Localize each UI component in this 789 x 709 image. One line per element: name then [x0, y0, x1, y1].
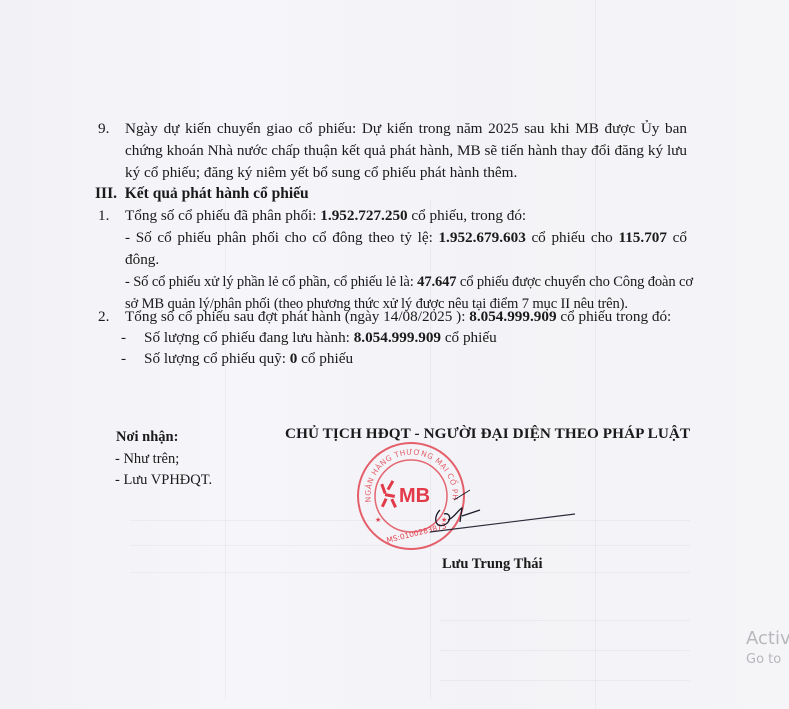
svg-text:★: ★: [375, 516, 381, 524]
item-1-suffix: cổ phiếu, trong đó:: [408, 207, 527, 224]
item-1-text: Tổng số cổ phiếu đã phân phối: 1.952.727…: [125, 205, 526, 227]
item-1-sub-2-line-1: - Số cổ phiếu xử lý phần lẻ cổ phần, cổ …: [125, 271, 693, 293]
bleed-through-line: [440, 680, 690, 681]
sub-2-prefix: - Số cổ phiếu xử lý phần lẻ cổ phần, cổ …: [125, 274, 417, 290]
item-2-sub-1: Số lượng cổ phiếu đang lưu hành: 8.054.9…: [144, 327, 497, 349]
bleed-through-column: [595, 0, 596, 709]
item-2-sub-2-dash: -: [121, 348, 126, 370]
recipients-title: Nơi nhận:: [116, 429, 178, 446]
scanned-page: [0, 0, 789, 709]
total-after-issue-value: 8.054.999.909: [469, 308, 556, 325]
item-2-number: 2.: [98, 306, 109, 328]
section-3-title: Kết quả phát hành cổ phiếu: [125, 185, 309, 202]
item-2-prefix: Tổng số cổ phiếu sau đợt phát hành (ngày…: [125, 308, 469, 325]
item-2-suffix: cổ phiếu trong đó:: [557, 308, 672, 325]
section-3-heading: III. Kết quả phát hành cổ phiếu: [95, 183, 309, 205]
star-logo-icon: [380, 480, 397, 508]
treasury-label: Số lượng cổ phiếu quỹ:: [144, 350, 290, 367]
signer-name: Lưu Trung Thái: [442, 556, 543, 573]
total-distributed-value: 1.952.727.250: [320, 207, 407, 224]
shareholder-count-value: 115.707: [618, 229, 667, 246]
treasury-suffix: cổ phiếu: [297, 350, 353, 367]
outstanding-suffix: cổ phiếu: [441, 329, 497, 346]
item-9-line-2: chứng khoán Nhà nước chấp thuận kết quả …: [125, 140, 687, 162]
item-1-number: 1.: [98, 205, 109, 227]
bleed-through-line: [440, 620, 690, 621]
item-2-sub-2: Số lượng cổ phiếu quỹ: 0 cổ phiếu: [144, 348, 353, 370]
sub-2-suffix: cổ phiếu được chuyển cho Công đoàn cơ: [456, 274, 693, 290]
section-3-number: III.: [95, 185, 117, 202]
signature-title: CHỦ TỊCH HĐQT - NGƯỜI ĐẠI DIỆN THEO PHÁP…: [285, 425, 690, 443]
activate-windows-title: Activ: [746, 628, 789, 649]
handwritten-signature: [410, 470, 590, 550]
sub-1-prefix: - Số cổ phiếu phân phối cho cổ đông theo…: [125, 229, 438, 246]
item-1-sub-1-line-2: đông.: [125, 249, 159, 271]
item-2-sub-1-dash: -: [121, 327, 126, 349]
recipient-item: - Như trên;: [115, 451, 179, 468]
item-9-number: 9.: [98, 118, 109, 140]
recipient-item: - Lưu VPHĐQT.: [115, 472, 212, 489]
item-1-prefix: Tổng số cổ phiếu đã phân phối:: [125, 207, 320, 224]
shareholder-distribution-value: 1.952.679.603: [438, 229, 525, 246]
bleed-through-line: [440, 650, 690, 651]
outstanding-shares-value: 8.054.999.909: [354, 329, 441, 346]
odd-lot-value: 47.647: [417, 274, 456, 290]
outstanding-label: Số lượng cổ phiếu đang lưu hành:: [144, 329, 354, 346]
sub-1-middle: cổ phiếu cho: [526, 229, 619, 246]
bleed-through-line: [130, 572, 690, 573]
item-9-line-3: ký cổ phiếu; đăng ký niêm yết bổ sung cổ…: [125, 162, 517, 184]
item-2-text: Tổng số cổ phiếu sau đợt phát hành (ngày…: [125, 306, 671, 328]
item-9-line-1: Ngày dự kiến chuyển giao cổ phiếu: Dự ki…: [125, 118, 687, 140]
item-1-sub-1-line-1: - Số cổ phiếu phân phối cho cổ đông theo…: [125, 227, 687, 249]
sub-1-suffix: cổ: [667, 229, 687, 246]
activate-windows-subtitle: Go to: [746, 652, 781, 667]
